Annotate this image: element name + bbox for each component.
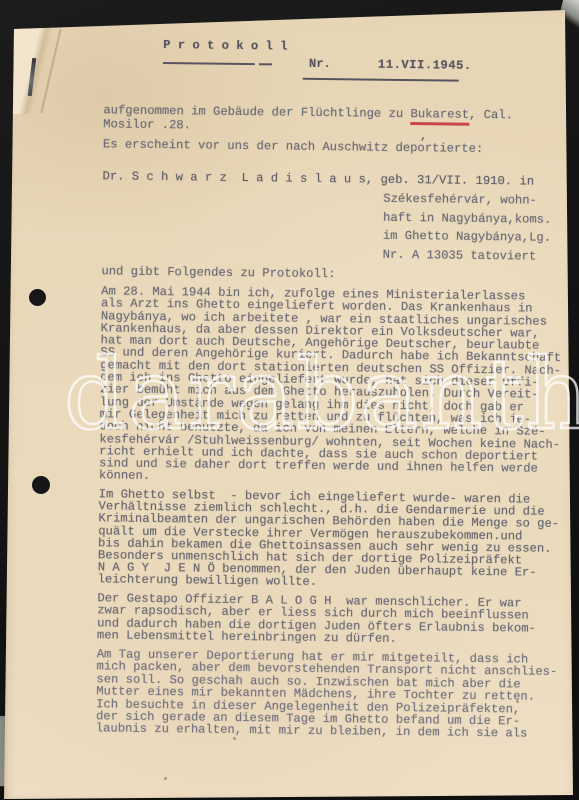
subject-details: Székesfehérvár, wohn-haft in Nagybánya,k… [383, 190, 552, 266]
intro-line-2: Mosilor .28. [103, 117, 191, 132]
intro-line-1-post: , Cal. [469, 108, 513, 123]
paragraph-4: Am Tag unserer Deportierung hat er mir m… [96, 648, 558, 740]
document-page: P r o t o k o l l Nr. 11.VII.1945. aufge… [0, 0, 579, 800]
protocol-number-label: Nr. [309, 57, 331, 71]
text-line: im Ghetto Nagybánya,Lg. [383, 227, 551, 248]
city-underlined: Bukarest [410, 107, 469, 126]
hole-punch-top [29, 289, 46, 306]
paragraph-2: Im Ghetto selbst - bevor ich eingeliefer… [98, 488, 560, 591]
photo-background: P r o t o k o l l Nr. 11.VII.1945. aufge… [0, 0, 579, 800]
protocol-date: 11.VII.1945. [378, 58, 472, 73]
title-underline [259, 63, 272, 65]
paper-speck [164, 777, 167, 780]
paper-speck [233, 737, 236, 740]
subject-name-line: Dr. S c h w a r z L a d i s l a u s, geb… [102, 169, 534, 188]
text-line: haft in Nagybánya,koms. [383, 208, 551, 229]
statement-intro: und gibt Folgendes zu Protokoll: [101, 264, 335, 281]
paper-speck [516, 700, 519, 703]
hole-punch-bottom [32, 476, 50, 494]
ink-smudge: ’ [419, 136, 426, 150]
title-underline [163, 62, 255, 65]
page-title: P r o t o k o l l [163, 38, 288, 54]
text-line: Nr. A 13035 tatoviert [383, 246, 551, 267]
typed-content: P r o t o k o l l Nr. 11.VII.1945. aufge… [0, 0, 579, 800]
text-line: laubnis zu erhalten, mit mir zu bleiben,… [96, 723, 557, 741]
date-underline [303, 78, 459, 82]
paragraph-3: Der Gestapo Offizier B A L O G H war men… [97, 592, 536, 647]
text-line: Székesfehérvár, wohn- [383, 190, 551, 211]
paragraph-1: Am 28. Mai 1944 bin ich, zufolge eines M… [99, 285, 562, 487]
